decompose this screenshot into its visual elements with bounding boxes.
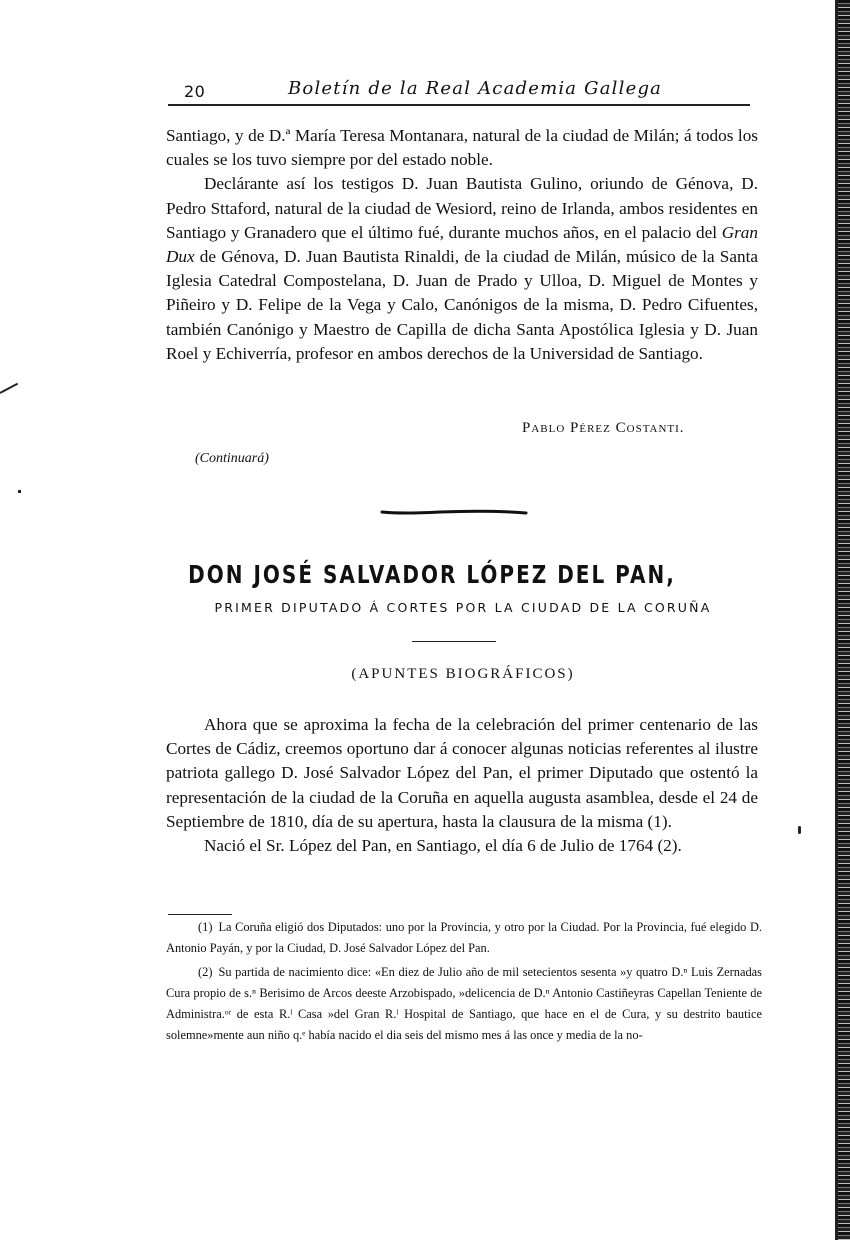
margin-dot [18, 490, 21, 493]
scanner-edge-line [835, 0, 838, 1240]
footnotes: (1)La Coruña eligió dos Diputados: uno p… [166, 917, 762, 1047]
header-rule [168, 104, 750, 106]
paragraph-text: de Génova, D. Juan Bautista Rinaldi, de … [166, 247, 758, 363]
margin-ink-spot [798, 826, 801, 834]
article-body: Ahora que se aproxima la fecha de la cel… [166, 713, 758, 858]
paragraph: Nació el Sr. López del Pan, en Santiago,… [166, 834, 758, 858]
footnote-number: (2) [198, 965, 212, 979]
running-head: 20 Boletín de la Real Academia Gallega [170, 78, 750, 104]
margin-pencil-mark [0, 383, 18, 394]
paragraph: Santiago, y de D.ª María Teresa Montanar… [166, 124, 758, 172]
title-rule [412, 641, 496, 642]
author-signature: Pablo Pérez Costanti. [522, 420, 685, 437]
footnote-2: (2)Su partida de nacimiento dice: «En di… [166, 962, 762, 1047]
previous-article-ending: Santiago, y de D.ª María Teresa Montanar… [166, 124, 758, 366]
footnote-number: (1) [198, 920, 212, 934]
paragraph-text: Declárante así los testigos D. Juan Baut… [166, 174, 758, 241]
article-subtitle: PRIMER DIPUTADO Á CORTES POR LA CIUDAD D… [188, 600, 738, 615]
article-title: DON JOSÉ SALVADOR LÓPEZ DEL PAN, [92, 560, 772, 589]
scanner-edge-artifact [838, 0, 850, 1240]
footnote-1: (1)La Coruña eligió dos Diputados: uno p… [166, 917, 762, 960]
section-note: (APUNTES BIOGRÁFICOS) [38, 666, 850, 683]
continued-note: (Continuará) [195, 451, 269, 467]
journal-title: Boletín de la Real Academia Gallega [288, 78, 662, 99]
page-number: 20 [184, 82, 205, 101]
footnote-rule [168, 914, 232, 915]
paragraph-witnesses: Declárante así los testigos D. Juan Baut… [166, 172, 758, 366]
footnote-text: Su partida de nacimiento dice: «En diez … [166, 965, 762, 1043]
paragraph: Ahora que se aproxima la fecha de la cel… [166, 713, 758, 834]
section-divider-ornament [380, 507, 528, 513]
footnote-text: La Coruña eligió dos Diputados: uno por … [166, 920, 762, 955]
